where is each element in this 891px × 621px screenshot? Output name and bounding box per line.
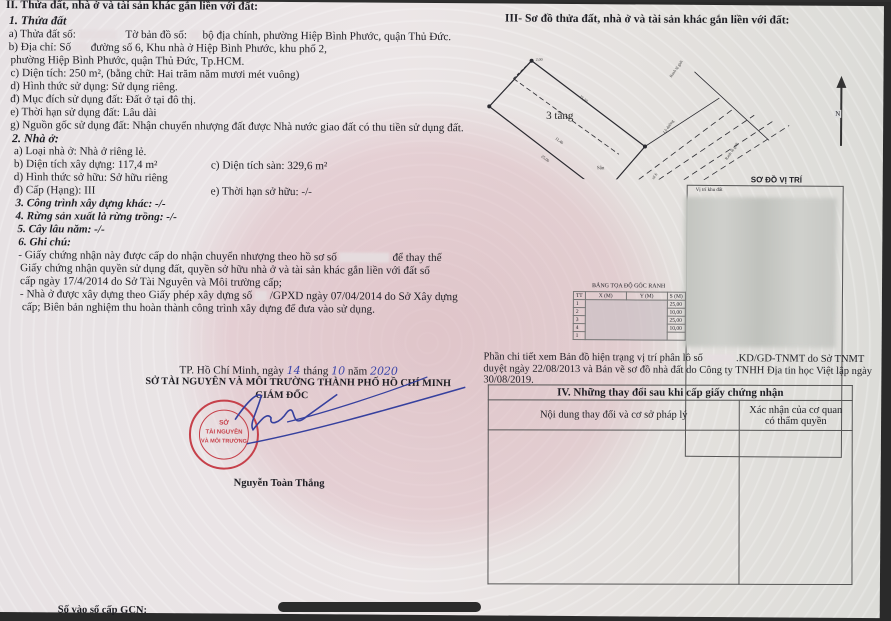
cell-tt: 1 [573, 332, 585, 340]
table-row: 125,00 [573, 300, 685, 309]
note-line-4a: - Nhà ở được xây dựng theo Giấy phép xây… [20, 288, 252, 302]
house-floor-area: c) Diện tích sàn: 329,6 m² [211, 159, 328, 173]
house-type: a) Loại nhà ở: Nhà ở riêng lẻ. [14, 145, 146, 159]
cell-s [667, 332, 685, 340]
yard-label: Sân [597, 166, 605, 171]
col2-line1: Xác nhận của cơ quan [749, 404, 842, 415]
cell-s: 25,00 [667, 300, 685, 308]
floors-label: 3 tầng [546, 110, 574, 122]
redacted-dossier-number [340, 253, 390, 263]
house-heading: 2. Nhà ở: [12, 132, 59, 145]
address-label: b) Địa chỉ: Số [9, 41, 72, 53]
changes-table-title: IV. Những thay đổi sau khi cấp giấy chứn… [488, 385, 852, 401]
street-label: Lề đường [662, 119, 675, 135]
cell-s: 25,00 [667, 316, 685, 324]
land-use-term: e) Thời hạn sử dụng đất: Lâu dài [10, 106, 156, 120]
cell-tt: 2 [573, 308, 585, 316]
changes-table: IV. Những thay đổi sau khi cấp giấy chứn… [487, 384, 852, 585]
redacted-lot-number [705, 354, 733, 364]
change-content-cell [488, 430, 739, 584]
notes-heading: 6. Ghi chú: [18, 236, 71, 249]
parcel-diagram: 3 tầng Sân 2,00 15,10 11,40 25,00 Lề đườ… [469, 28, 800, 180]
perennial-trees: 5. Cây lâu năm: -/- [17, 223, 104, 237]
signer-name: Nguyễn Toàn Thắng [234, 478, 325, 490]
redacted-coordinates [585, 300, 667, 341]
coordinate-table-title: BẢNG TỌA ĐỘ GÓC RANH [592, 283, 665, 290]
redacted-map-number [190, 31, 200, 41]
col-authority-confirmation: Xác nhận của cơ quancó thẩm quyền [739, 400, 852, 430]
certificate-sheet: II. Thửa đất, nhà ở và tài sản khác gắn … [0, 0, 884, 618]
section-ii-title: II. Thửa đất, nhà ở và tài sản khác gắn … [6, 0, 258, 13]
detail-note-2: duyệt ngày 22/08/2013 và Bản vẽ sơ đồ nh… [483, 363, 872, 377]
land-use-purpose: đ) Mục đích sử dụng đất: Đất ở tại đô th… [10, 93, 196, 107]
note-line-5: cấp; Biên bản nghiệm thu hoàn thành công… [22, 301, 375, 316]
redacted-parcel-number [79, 30, 117, 40]
col-x: X (M) [585, 292, 626, 300]
house-grade: đ) Cấp (Hạng): III [14, 184, 96, 198]
dim-label: 11,40 [554, 136, 565, 146]
note-line-1a: - Giấy chứng nhận này được cấp do nhận c… [18, 249, 337, 263]
redacted-house-number [74, 43, 88, 53]
north-label: N [834, 110, 841, 118]
director-signature [227, 372, 468, 464]
street-label: Ranh lộ giới [668, 58, 684, 78]
col-tt: TT [573, 292, 585, 300]
production-forest: 4. Rừng sản xuất là rừng trồng: -/- [15, 210, 176, 224]
location-map-label: Vị trí khu đất [696, 188, 723, 193]
col-change-content: Nội dung thay đổi và cơ sở pháp lý [488, 400, 739, 430]
street-label: Ranh lộ giới [724, 141, 740, 161]
cell-tt: 3 [573, 316, 585, 324]
cell-s: 10,00 [667, 324, 685, 332]
cell-s: 10,00 [667, 308, 685, 316]
note-line-1b: để thay thế [392, 252, 441, 264]
other-works: 3. Công trình xây dựng khác: -/- [16, 197, 166, 211]
map-sheet-label: Tờ bản đồ số: [125, 29, 187, 41]
registry-number-label: Số vào sổ cấp GCN: [58, 604, 147, 616]
redacted-registry-number [278, 602, 481, 612]
redacted-location-map [684, 197, 837, 348]
land-use-origin: g) Nguồn gốc sử dụng đất: Nhận chuyển nh… [10, 119, 464, 135]
section-iii-title: III- Sơ đồ thửa đất, nhà ở và tài sản kh… [505, 13, 790, 27]
house-construction-area: b) Diện tích xây dựng: 117,4 m² [14, 158, 158, 172]
col2-line2: có thẩm quyền [765, 415, 827, 426]
land-use-form: d) Hình thức sử dụng: Sử dụng riêng. [10, 80, 177, 94]
cell-tt: 1 [573, 300, 585, 308]
land-heading: 1. Thửa đất [9, 14, 67, 27]
dim-label: 25,00 [540, 154, 551, 164]
house-ownership-form: d) Hình thức sở hữu: Sở hữu riêng [14, 171, 168, 185]
dim-label: 2,00 [536, 57, 543, 63]
authority-confirmation-cell [739, 430, 852, 584]
street-label: Đường số 6 [643, 172, 658, 181]
detail-note-1b: .KD/GD-TNMT do Sở TNMT [736, 353, 864, 365]
col-s: S (M) [667, 292, 685, 300]
note-line-4b: /GPXD ngày 07/04/2014 do Sở Xây dựng [270, 290, 458, 303]
cell-tt: 4 [573, 324, 585, 332]
map-sheet-value: bộ địa chính, phường Hiệp Bình Phước, qu… [203, 29, 452, 43]
house-ownership-term: e) Thời hạn sở hữu: -/- [211, 185, 312, 199]
coordinate-table: TT X (M) Y (M) S (M) 125,00 210,00 325,0… [573, 291, 686, 341]
detail-note-1a: Phần chi tiết xem Bản đồ hiện trạng vị t… [483, 351, 702, 364]
parcel-label: a) Thửa đất số: [9, 28, 76, 40]
location-map-title: SƠ ĐỒ VỊ TRÍ [751, 175, 802, 184]
redacted-permit-number [255, 291, 267, 301]
address-value: đường số 6, Khu nhà ở Hiệp Bình Phước, k… [91, 42, 327, 56]
